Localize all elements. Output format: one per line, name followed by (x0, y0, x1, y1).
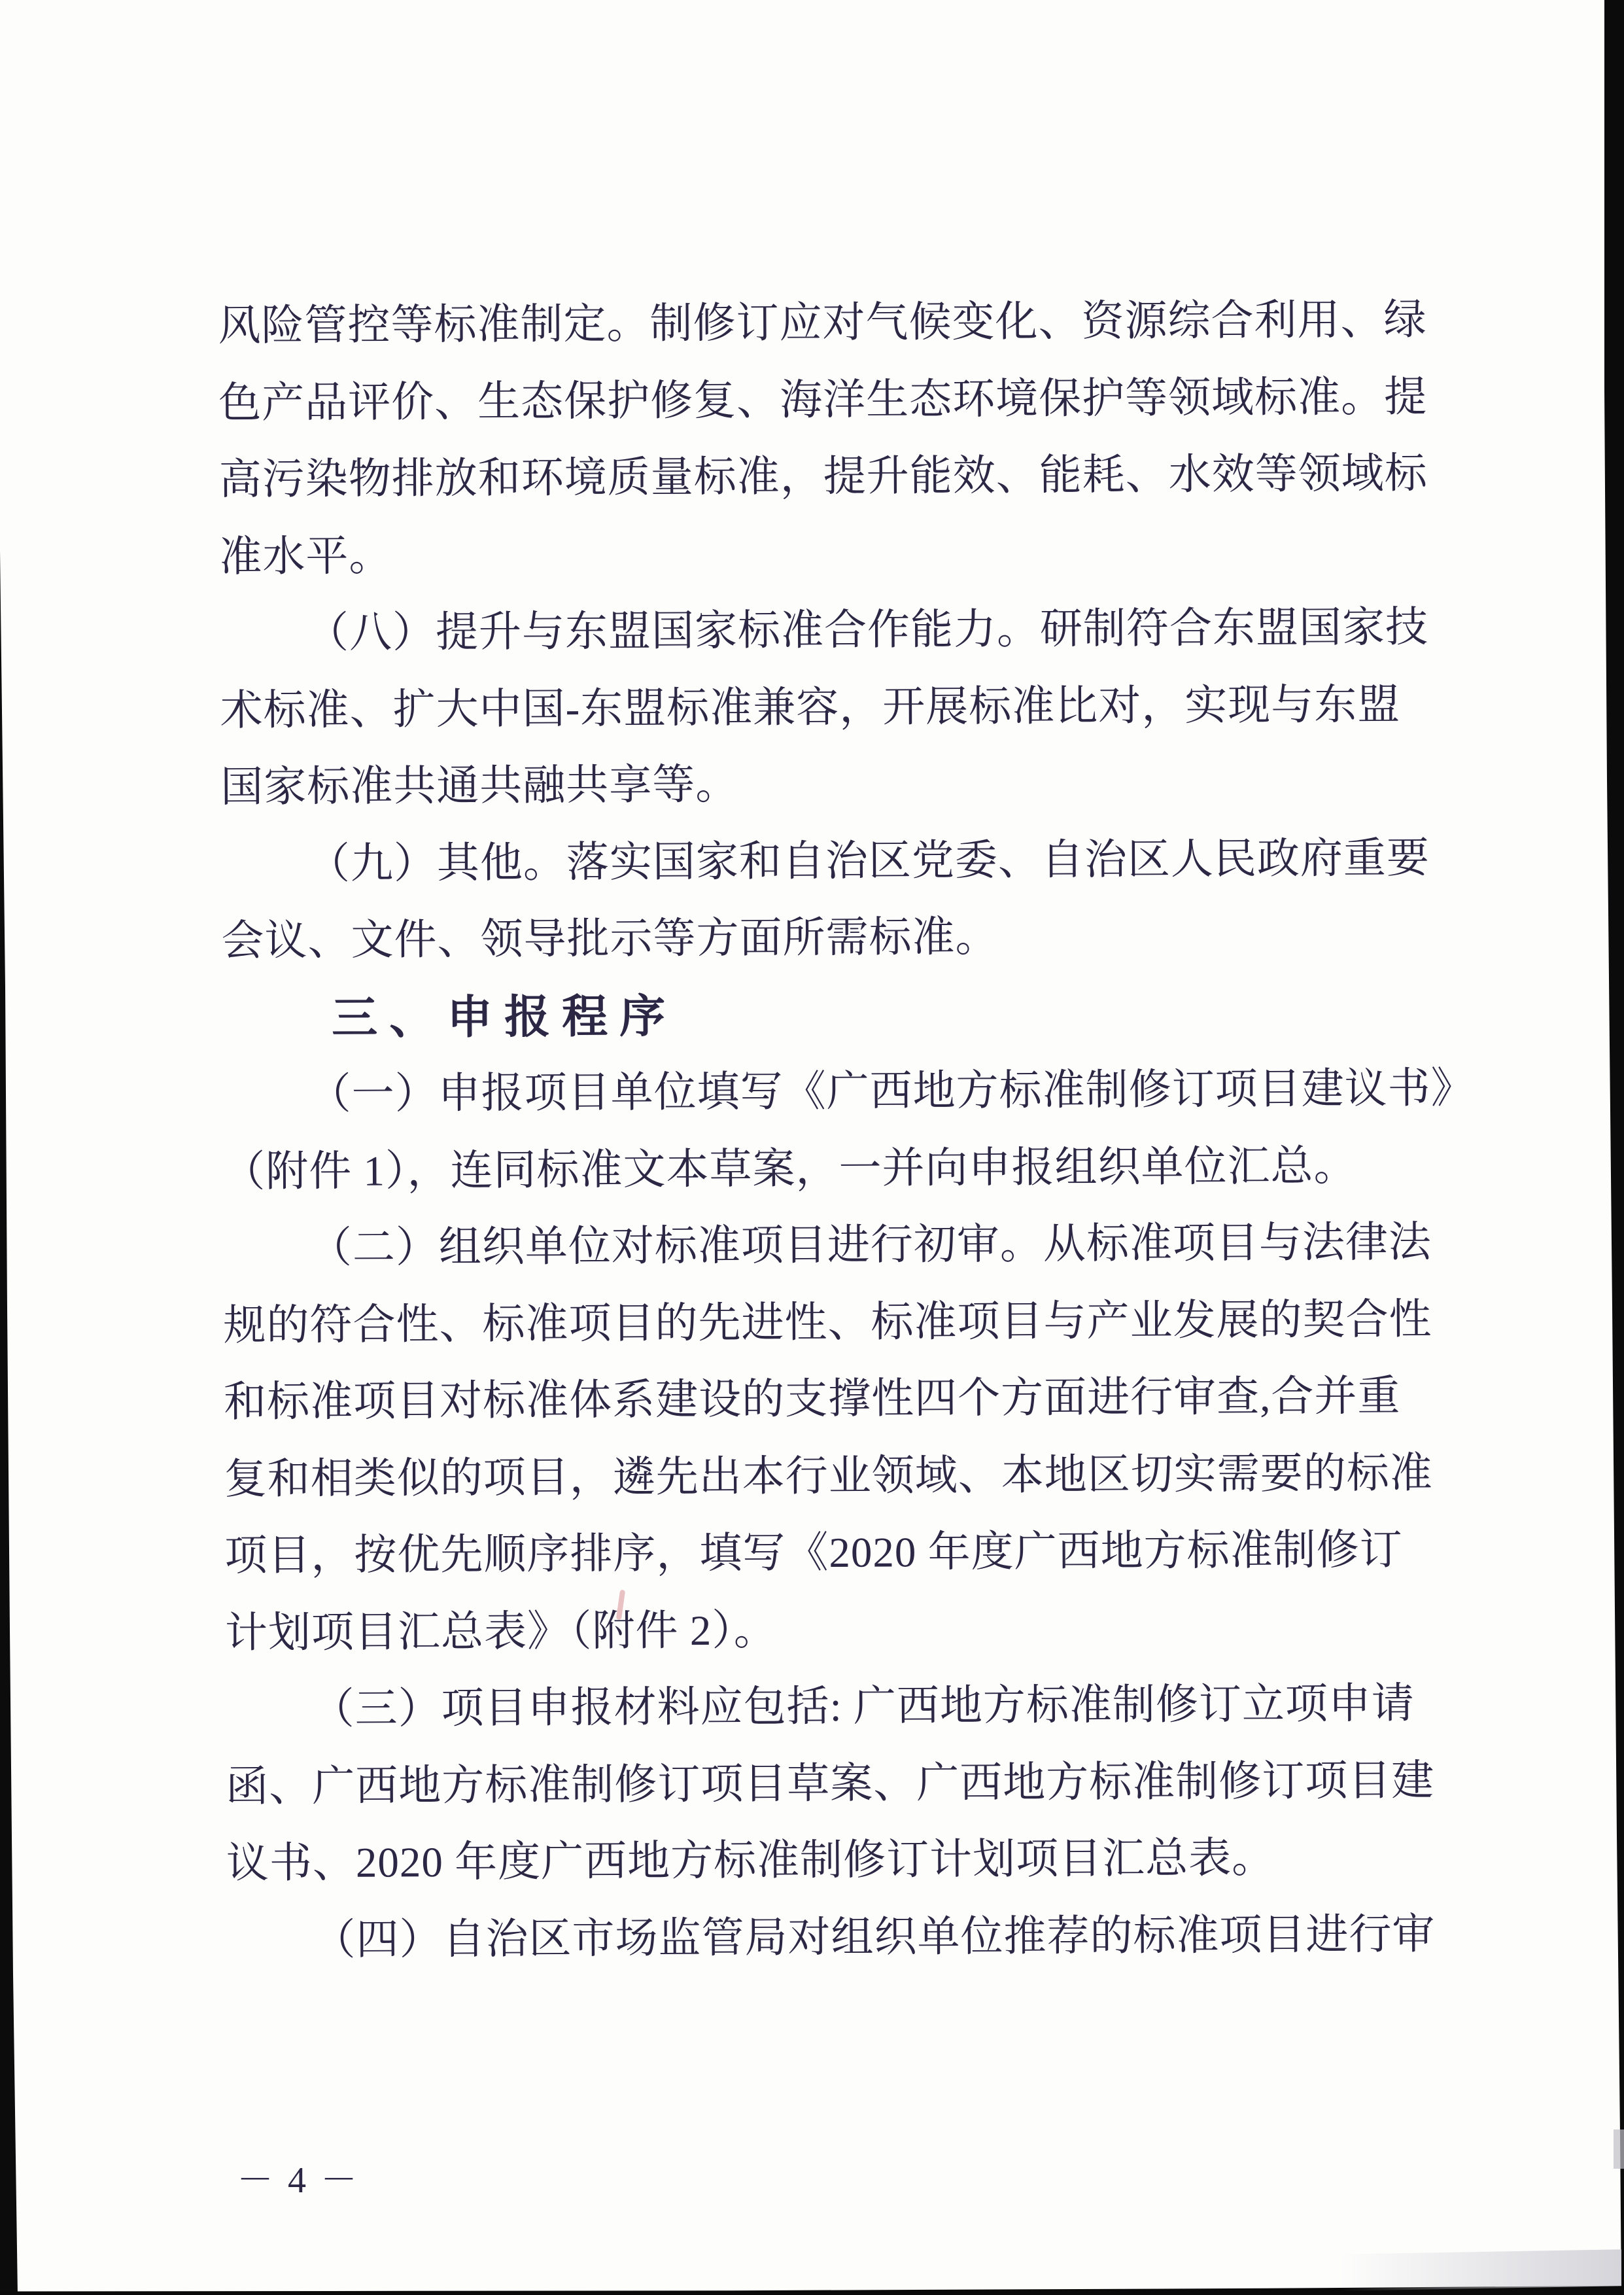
text-line-content: （九）其他。落实国家和自治区党委、自治区人民政府重要 (307, 835, 1430, 888)
text-line: 色产品评价、生态保护修复、海洋生态环境保护等领域标准。提 (218, 359, 1423, 442)
text-line: （一）申报项目单位填写《广西地方标准制修订项目建议书》 (222, 1051, 1426, 1134)
text-line-content: 计划项目汇总表》（附件 2）。 (225, 1607, 777, 1656)
text-line: 三、申报程序 (222, 974, 1426, 1057)
text-line: 风险管控等标准制定。制修订应对气候变化、资源综合利用、绿 (218, 282, 1422, 365)
text-line-content: （附件 1），连同标准文本草案，一并向申报组织单位汇总。 (222, 1142, 1357, 1195)
text-line: 和标准项目对标准体系建设的支撑性四个方面进行审查,合并重 (224, 1358, 1428, 1441)
text-line-content: （一）申报项目单位填写《广西地方标准制修订项目建议书》 (309, 1065, 1474, 1118)
text-line-content: （四）自治区市场监管局对组织单位推荐的标准项目进行审 (313, 1911, 1435, 1964)
text-line-content: 会议、文件、领导批示等方面所需标准。 (221, 914, 998, 965)
text-line-content: 国家标准共通共融共享等。 (220, 762, 738, 811)
text-line: 术标准、扩大中国-东盟标准兼容，开展标准比对，实现与东盟 (220, 667, 1424, 750)
document-page: 风险管控等标准制定。制修订应对气候变化、资源综合利用、绿色产品评价、生态保护修复… (0, 0, 1624, 2295)
scan-shadow-right (1614, 2129, 1624, 2169)
scan-edge-right (1602, 0, 1624, 2295)
text-line-content: 规的符合性、标准项目的先进性、标准项目与产业发展的契合性 (223, 1296, 1432, 1350)
scan-edge-left (0, 0, 20, 2295)
text-line: 会议、文件、领导批示等方面所需标准。 (221, 897, 1425, 980)
text-line-content: 高污染物排放和环境质量标准，提升能效、能耗、水效等领域标 (219, 450, 1428, 504)
text-line-content: 色产品评价、生态保护修复、海洋生态环境保护等领域标准。提 (218, 374, 1427, 427)
text-line: （附件 1），连同标准文本草案，一并向申报组织单位汇总。 (222, 1128, 1426, 1211)
text-line-content: 函、广西地方标准制修订项目草案、广西地方标准制修订项目建 (226, 1757, 1434, 1811)
text-line: （九）其他。落实国家和自治区党委、自治区人民政府重要 (221, 820, 1425, 903)
text-line: （八）提升与东盟国家标准合作能力。研制符合东盟国家技 (220, 589, 1424, 673)
text-line-content: 项目，按优先顺序排序，填写《2020 年度广西地方标准制修订 (224, 1526, 1403, 1579)
document-body-text: 风险管控等标准制定。制修订应对气候变化、资源综合利用、绿色产品评价、生态保护修复… (218, 282, 1430, 1980)
scan-shadow-bottom-right (1340, 2249, 1621, 2291)
text-line-content: （三）项目申报材料应包括: 广西地方标准制修订立项申请 (311, 1680, 1415, 1733)
text-line-content: 和标准项目对标准体系建设的支撑性四个方面进行审查,合并重 (224, 1373, 1401, 1426)
text-line: （三）项目申报材料应包括: 广西地方标准制修订立项申请 (225, 1666, 1429, 1749)
text-line-content: 风险管控等标准制定。制修订应对气候变化、资源综合利用、绿 (218, 296, 1426, 350)
text-line-content: 复和相类似的项目，遴先出本行业领域、本地区切实需要的标准 (224, 1450, 1433, 1503)
text-line-content: （二）组织单位对标准项目进行初审。从标准项目与法律法 (309, 1219, 1432, 1272)
text-line-content: 议书、2020 年度广西地方标准制修订计划项目汇总表。 (226, 1834, 1275, 1887)
text-line: 计划项目汇总表》（附件 2）。 (225, 1589, 1429, 1672)
text-line-content: （八）提升与东盟国家标准合作能力。研制符合东盟国家技 (306, 604, 1428, 657)
text-line-content: 术标准、扩大中国-东盟标准兼容，开展标准比对，实现与东盟 (220, 681, 1400, 734)
text-line: 复和相类似的项目，遴先出本行业领域、本地区切实需要的标准 (224, 1435, 1428, 1518)
text-line-content: 准水平。 (219, 533, 392, 580)
page-number: － 4 － (237, 2151, 360, 2203)
text-line: （四）自治区市场监管局对组织单位推荐的标准项目进行审 (226, 1897, 1430, 1980)
text-line: 函、广西地方标准制修订项目草案、广西地方标准制修订项目建 (226, 1743, 1430, 1826)
text-line-content: 三、申报程序 (332, 990, 677, 1043)
text-line: 准水平。 (219, 513, 1423, 596)
text-line: 项目，按优先顺序排序，填写《2020 年度广西地方标准制修订 (224, 1512, 1428, 1595)
text-line: 国家标准共通共融共享等。 (220, 743, 1425, 826)
text-line: 规的符合性、标准项目的先进性、标准项目与产业发展的契合性 (223, 1282, 1427, 1365)
text-line: （二）组织单位对标准项目进行初审。从标准项目与法律法 (223, 1204, 1427, 1288)
text-line: 议书、2020 年度广西地方标准制修订计划项目汇总表。 (226, 1819, 1430, 1902)
text-line: 高污染物排放和环境质量标准，提升能效、能耗、水效等领域标 (218, 436, 1423, 519)
